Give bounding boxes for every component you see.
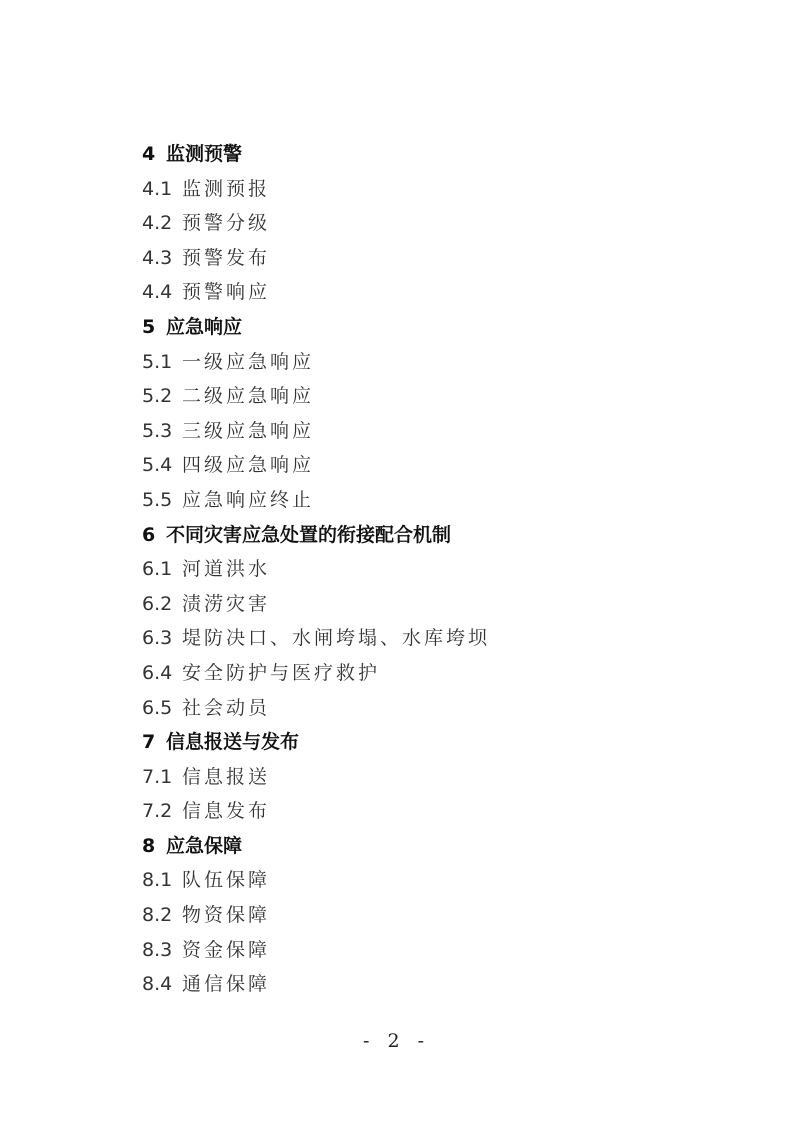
toc-number: 6.5	[142, 691, 182, 726]
toc-number: 8.4	[142, 967, 182, 1002]
toc-number: 7.2	[142, 794, 182, 829]
toc-subsection: 5.2二级应急响应	[142, 379, 702, 414]
toc-number: 4.4	[142, 275, 182, 310]
toc-subsection: 6.2渍涝灾害	[142, 587, 702, 622]
toc-title: 通信保障	[182, 973, 270, 995]
toc-title: 队伍保障	[182, 869, 270, 891]
toc-title: 河道洪水	[182, 558, 270, 580]
toc-number: 7	[142, 725, 166, 760]
toc-number: 4	[142, 137, 166, 172]
toc-title: 应急响应终止	[182, 489, 314, 511]
toc-subsection: 8.4通信保障	[142, 967, 702, 1002]
toc-number: 5.4	[142, 448, 182, 483]
toc-title: 一级应急响应	[182, 351, 314, 373]
toc-title: 堤防决口、水闸垮塌、水库垮坝	[182, 627, 490, 649]
toc-subsection: 5.4四级应急响应	[142, 448, 702, 483]
toc-number: 8.1	[142, 863, 182, 898]
toc-number: 7.1	[142, 760, 182, 795]
toc-section-heading: 4监测预警	[142, 137, 702, 172]
toc-number: 8.2	[142, 898, 182, 933]
toc-title: 安全防护与医疗救护	[182, 662, 380, 684]
toc-title: 监测预报	[182, 178, 270, 200]
toc-subsection: 4.2预警分级	[142, 206, 702, 241]
toc-title: 预警响应	[182, 281, 270, 303]
toc-title: 二级应急响应	[182, 385, 314, 407]
toc-number: 6.1	[142, 552, 182, 587]
toc-subsection: 5.1一级应急响应	[142, 345, 702, 380]
toc-subsection: 8.1队伍保障	[142, 863, 702, 898]
toc-number: 4.2	[142, 206, 182, 241]
toc-subsection: 5.5应急响应终止	[142, 483, 702, 518]
table-of-contents: 4监测预警 4.1监测预报 4.2预警分级 4.3预警发布 4.4预警响应 5应…	[142, 137, 702, 1002]
toc-title: 预警发布	[182, 247, 270, 269]
toc-number: 5.5	[142, 483, 182, 518]
toc-title: 监测预警	[166, 143, 242, 165]
toc-number: 4.3	[142, 241, 182, 276]
toc-subsection: 8.3资金保障	[142, 933, 702, 968]
toc-title: 资金保障	[182, 939, 270, 961]
page-number: - 2 -	[0, 1030, 793, 1052]
toc-number: 6.2	[142, 587, 182, 622]
toc-subsection: 4.1监测预报	[142, 172, 702, 207]
toc-title: 应急保障	[166, 835, 242, 857]
toc-title: 社会动员	[182, 697, 270, 719]
toc-section-heading: 6不同灾害应急处置的衔接配合机制	[142, 518, 702, 553]
toc-subsection: 4.4预警响应	[142, 275, 702, 310]
toc-title: 四级应急响应	[182, 454, 314, 476]
toc-subsection: 6.1河道洪水	[142, 552, 702, 587]
toc-number: 6.4	[142, 656, 182, 691]
toc-subsection: 8.2物资保障	[142, 898, 702, 933]
toc-section-heading: 8应急保障	[142, 829, 702, 864]
toc-subsection: 6.5社会动员	[142, 691, 702, 726]
toc-subsection: 6.3堤防决口、水闸垮塌、水库垮坝	[142, 621, 702, 656]
toc-title: 信息报送	[182, 766, 270, 788]
toc-section-heading: 7信息报送与发布	[142, 725, 702, 760]
toc-subsection: 5.3三级应急响应	[142, 414, 702, 449]
toc-title: 应急响应	[166, 316, 242, 338]
toc-title: 信息报送与发布	[166, 731, 299, 753]
toc-subsection: 7.1信息报送	[142, 760, 702, 795]
toc-number: 6	[142, 518, 166, 553]
toc-title: 渍涝灾害	[182, 593, 270, 615]
toc-number: 5.1	[142, 345, 182, 380]
toc-title: 不同灾害应急处置的衔接配合机制	[166, 524, 451, 546]
toc-number: 8.3	[142, 933, 182, 968]
toc-section-heading: 5应急响应	[142, 310, 702, 345]
toc-number: 5.2	[142, 379, 182, 414]
toc-number: 4.1	[142, 172, 182, 207]
toc-number: 8	[142, 829, 166, 864]
toc-title: 信息发布	[182, 800, 270, 822]
toc-title: 预警分级	[182, 212, 270, 234]
toc-number: 5.3	[142, 414, 182, 449]
toc-subsection: 4.3预警发布	[142, 241, 702, 276]
toc-title: 三级应急响应	[182, 420, 314, 442]
toc-number: 5	[142, 310, 166, 345]
toc-subsection: 7.2信息发布	[142, 794, 702, 829]
toc-title: 物资保障	[182, 904, 270, 926]
toc-number: 6.3	[142, 621, 182, 656]
toc-subsection: 6.4安全防护与医疗救护	[142, 656, 702, 691]
